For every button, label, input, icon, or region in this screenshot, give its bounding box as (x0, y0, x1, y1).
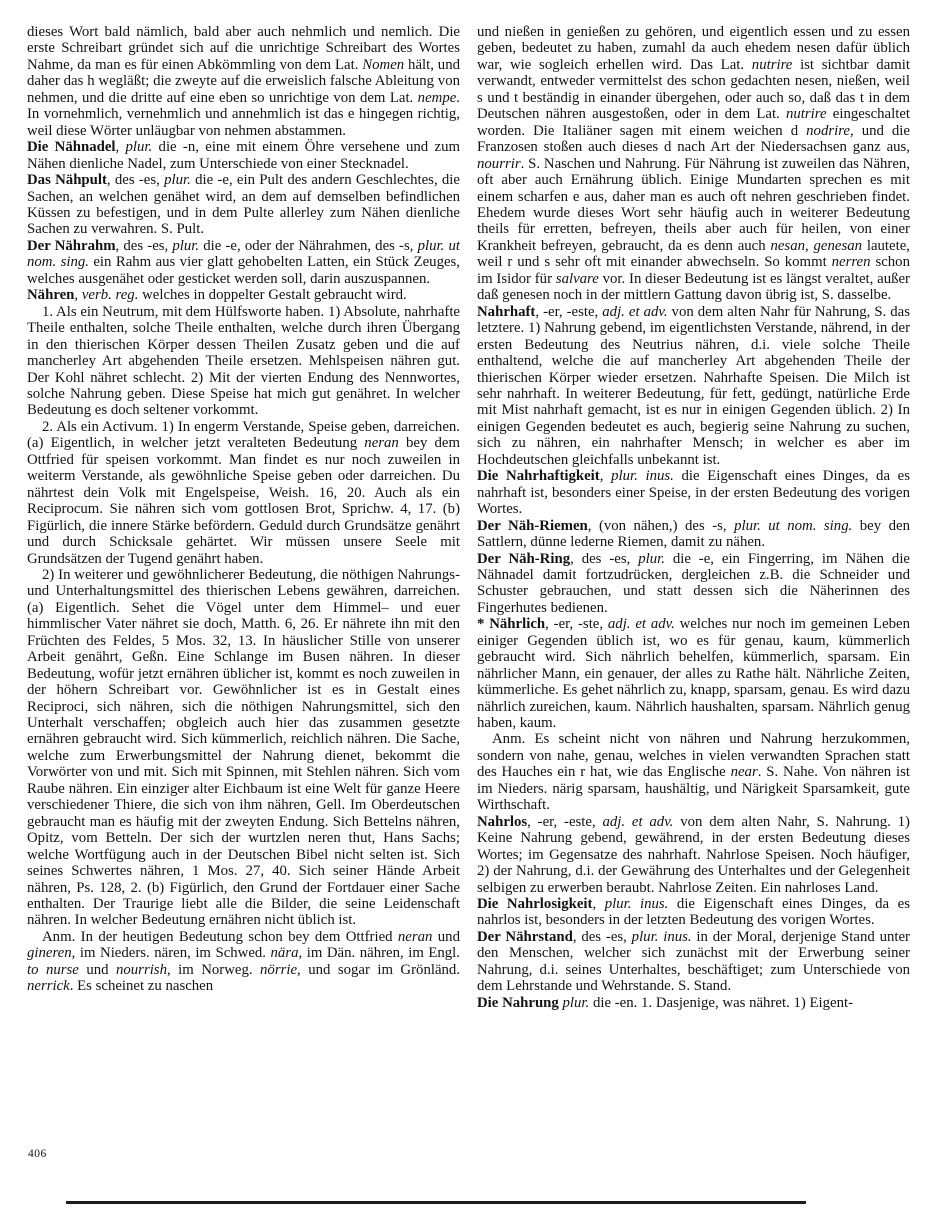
entry-paragraph: Nähren, verb. reg. welches in doppelter … (27, 287, 460, 303)
entry-paragraph: 2) In weiterer und gewöhnlicherer Bedeut… (27, 567, 460, 929)
entry-paragraph: und nießen in genießen zu gehören, und e… (477, 24, 910, 304)
page-number: 406 (28, 1148, 47, 1160)
entry-paragraph: 2. Als ein Activum. 1) In engerm Verstan… (27, 419, 460, 567)
entry-paragraph: Der Nährstand, des -es, plur. inus. in d… (477, 929, 910, 995)
entry-paragraph: Nahrlos, -er, -este, adj. et adv. von de… (477, 814, 910, 896)
text-column-left: dieses Wort bald nämlich, bald aber auch… (27, 24, 460, 1152)
text-column-right: und nießen in genießen zu gehören, und e… (477, 24, 910, 1152)
entry-paragraph: Die Nahrung plur. die -en. 1. Dasjenige,… (477, 995, 910, 1011)
entry-paragraph: Die Nahrhaftigkeit, plur. inus. die Eige… (477, 468, 910, 517)
entry-paragraph: 1. Als ein Neutrum, mit dem Hülfsworte h… (27, 304, 460, 419)
entry-paragraph: Der Näh-Ring, des -es, plur. die -e, ein… (477, 551, 910, 617)
entry-paragraph: Anm. Es scheint nicht von nähren und Nah… (477, 731, 910, 813)
entry-paragraph: Der Nährahm, des -es, plur. die -e, oder… (27, 238, 460, 287)
bottom-rule (66, 1201, 806, 1204)
entry-paragraph: Nahrhaft, -er, -este, adj. et adv. von d… (477, 304, 910, 469)
document-page: dieses Wort bald nämlich, bald aber auch… (0, 0, 935, 1210)
entry-paragraph: Der Näh-Riemen, (von nähen,) des -s, plu… (477, 518, 910, 551)
entry-paragraph: Die Nähnadel, plur. die -n, eine mit ein… (27, 139, 460, 172)
entry-paragraph: Das Nähpult, des -es, plur. die -e, ein … (27, 172, 460, 238)
entry-paragraph: * Nährlich, -er, -ste, adj. et adv. welc… (477, 616, 910, 731)
entry-paragraph: Anm. In der heutigen Bedeutung schon bey… (27, 929, 460, 995)
entry-paragraph: Die Nahrlosigkeit, plur. inus. die Eigen… (477, 896, 910, 929)
entry-paragraph: dieses Wort bald nämlich, bald aber auch… (27, 24, 460, 139)
